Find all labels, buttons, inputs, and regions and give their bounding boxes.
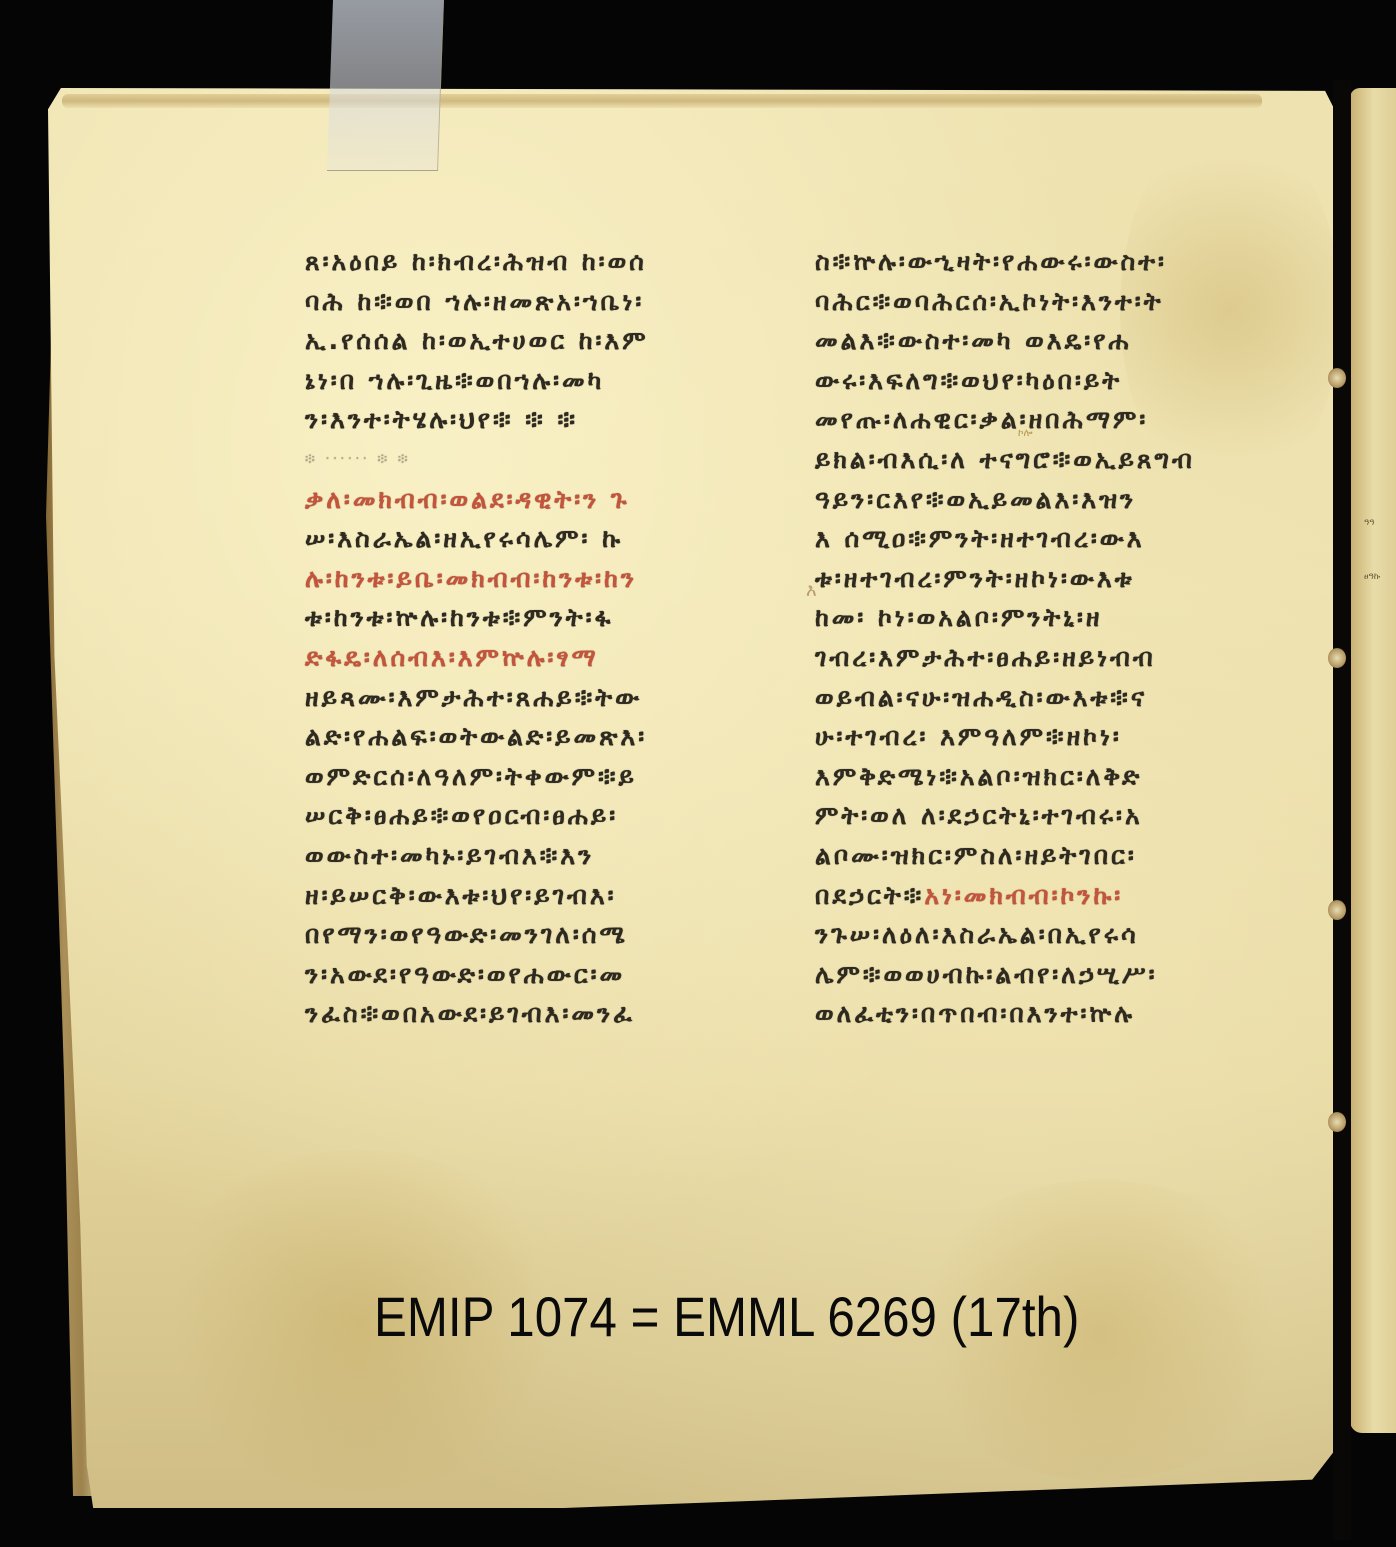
- page-top-edge: [62, 94, 1262, 108]
- text-line: ዓይን፡ርእየ፨ወኢይመልእ፡እዝን: [815, 480, 1265, 520]
- text-line: ን፡እንተ፡ትሄሉ፡ህየ፨ ፨ ፨: [305, 400, 745, 440]
- facing-page-note: ዓዓ: [1364, 518, 1375, 528]
- mixed-rubric-line: በደኃርት፨አነ፡መክብብ፡ኮንኩ፡: [815, 876, 1265, 916]
- stitch-hole: [1328, 900, 1346, 920]
- text-line: እ ሰሚዐ፨ምንት፡ዘተገብረ፡ውእ: [815, 519, 1265, 559]
- rubric-line: ሉ፡ከንቱ፡ይቤ፡መክብብ፡ከንቱ፡ከን: [305, 559, 745, 599]
- text-line: ሁ፡ተገብረ፡ እምዓለም፨ዘኮነ፡: [815, 717, 1265, 757]
- spine-gutter: [1333, 80, 1351, 1540]
- stitch-hole: [1328, 368, 1346, 388]
- text-line: ወምድርሰ፡ለዓለም፡ትቀውም፨ይ: [305, 757, 745, 797]
- text-line: ጸ፡አዕበይ ከ፡ክብረ፡ሕዝብ ከ፡ወሰ: [305, 242, 745, 282]
- text-line: ን፡አውደ፡የዓውድ፡ወየሐውር፡መ: [305, 955, 745, 995]
- text-line: ንጉሠ፡ለዕለ፡እስራኤል፡በኢየሩሳ: [815, 915, 1265, 955]
- text-line: ቱ፡ዘተገብረ፡ምንት፡ዘኮነ፡ውእቱ: [815, 559, 1265, 599]
- facing-page-edge: [1350, 88, 1396, 1433]
- catalog-caption: EMIP 1074 = EMML 6269 (17th): [374, 1284, 1079, 1349]
- text-line: እምቅድሜነ፨አልቦ፡ዝክር፡ለቅድ: [815, 757, 1265, 797]
- left-text-column: ጸ፡አዕበይ ከ፡ክብረ፡ሕዝብ ከ፡ወሰ ባሕ ከ፨ወበ ኀሉ፡ዘመጽአ፡ኀቤ…: [305, 242, 745, 1034]
- text-line: ልቦሙ፡ዝክር፡ምስለ፡ዘይትገበር፡: [815, 836, 1265, 876]
- text-line: ባሕር፨ወባሕርሰ፡ኢኮነት፡እንተ፡ት: [815, 282, 1265, 322]
- text-line: ምት፡ወለ ለ፡ደኃርትኒ፡ተገብሩ፡አ: [815, 796, 1265, 836]
- text-line: በየማን፡ወየዓውድ፡መንገለ፡ሰሜ: [305, 915, 745, 955]
- stitch-hole: [1328, 648, 1346, 668]
- text-line: ይክል፡ብእሲ፡ለ ተናግሮ፨ወኢይጸግብ: [815, 440, 1265, 480]
- text-line: ወይብል፡ናሁ፡ዝሐዲስ፡ውእቱ፨ና: [815, 678, 1265, 718]
- text-line: ኔነ፡በ ኀሉ፡ጊዜ፨ወበኀሉ፡መካ: [305, 361, 745, 401]
- text-line: ዘ፡ይሠርቅ፡ውእቱ፡ህየ፡ይገብእ፡: [305, 876, 745, 916]
- text-segment: በደኃርት፨: [815, 881, 924, 910]
- text-line: ቱ፡ከንቱ፡ኵሉ፡ከንቱ፨ምንት፡ፋ: [305, 598, 745, 638]
- text-line: ዘይጻሙ፡እምታሕተ፡ጸሐይ፨ትው: [305, 678, 745, 718]
- faint-divider-line: ፨ ······ ፨ ፨: [305, 440, 745, 480]
- transparent-tape: [327, 0, 444, 171]
- rubric-segment: አነ፡መክብብ፡ኮንኩ፡: [924, 881, 1123, 910]
- rubric-line: ድፋዴ፡ለሰብእ፡እምኵሉ፡ፃማ: [305, 638, 745, 678]
- text-line: ኢ.የሰሰል ከ፡ወኢተሀወር ከ፡እም: [305, 321, 745, 361]
- right-text-column: ስ፨ኵሉ፡ውኂዛት፡የሐውሩ፡ውስተ፡ ባሕር፨ወባሕርሰ፡ኢኮነት፡እንተ፡ት…: [815, 242, 1265, 1034]
- text-line: መልእ፨ውስተ፡መካ ወእዴ፡የሐ: [815, 321, 1265, 361]
- text-line: ንፈስ፨ወበአውደ፡ይገብእ፡መንፈ: [305, 994, 745, 1034]
- text-line: ባሕ ከ፨ወበ ኀሉ፡ዘመጽአ፡ኀቤነ፡: [305, 282, 745, 322]
- text-line: ሠ፡እስራኤል፡ዘኢየሩሳሌም፡ ኩ: [305, 519, 745, 559]
- facing-page-note: ፀዓኩ: [1364, 572, 1380, 582]
- text-line: መየጡ፡ለሐዊር፡ቃል፡ዘበሕማም፡: [815, 400, 1265, 440]
- text-line: ከመ፡ ኮነ፡ወአልቦ፡ምንትኒ፡ዘ: [815, 598, 1265, 638]
- text-line: ውሩ፡እፍለግ፨ወህየ፡ካዕበ፡ይት: [815, 361, 1265, 401]
- text-line: ስ፨ኵሉ፡ውኂዛት፡የሐውሩ፡ውስተ፡: [815, 242, 1265, 282]
- stitch-hole: [1328, 1112, 1346, 1132]
- text-line: ወለፈቲን፡በጥበብ፡በእንተ፡ኵሉ: [815, 994, 1265, 1034]
- text-line: ሌም፨ወወሀብኩ፡ልብየ፡ለኃሢሥ፡: [815, 955, 1265, 995]
- text-line: ሠርቅ፡ፀሐይ፨ወየዐርብ፡ፀሐይ፡: [305, 796, 745, 836]
- rubric-line: ቃለ፡መክብብ፡ወልደ፡ዳዊት፡ን ጉ: [305, 480, 745, 520]
- text-line: ልድ፡የሐልፍ፡ወትውልድ፡ይመጽእ፡: [305, 717, 745, 757]
- text-line: ወውስተ፡መካኑ፡ይገብእ፨እን: [305, 836, 745, 876]
- text-line: ገብረ፡እምታሕተ፡ፀሐይ፡ዘይነብብ: [815, 638, 1265, 678]
